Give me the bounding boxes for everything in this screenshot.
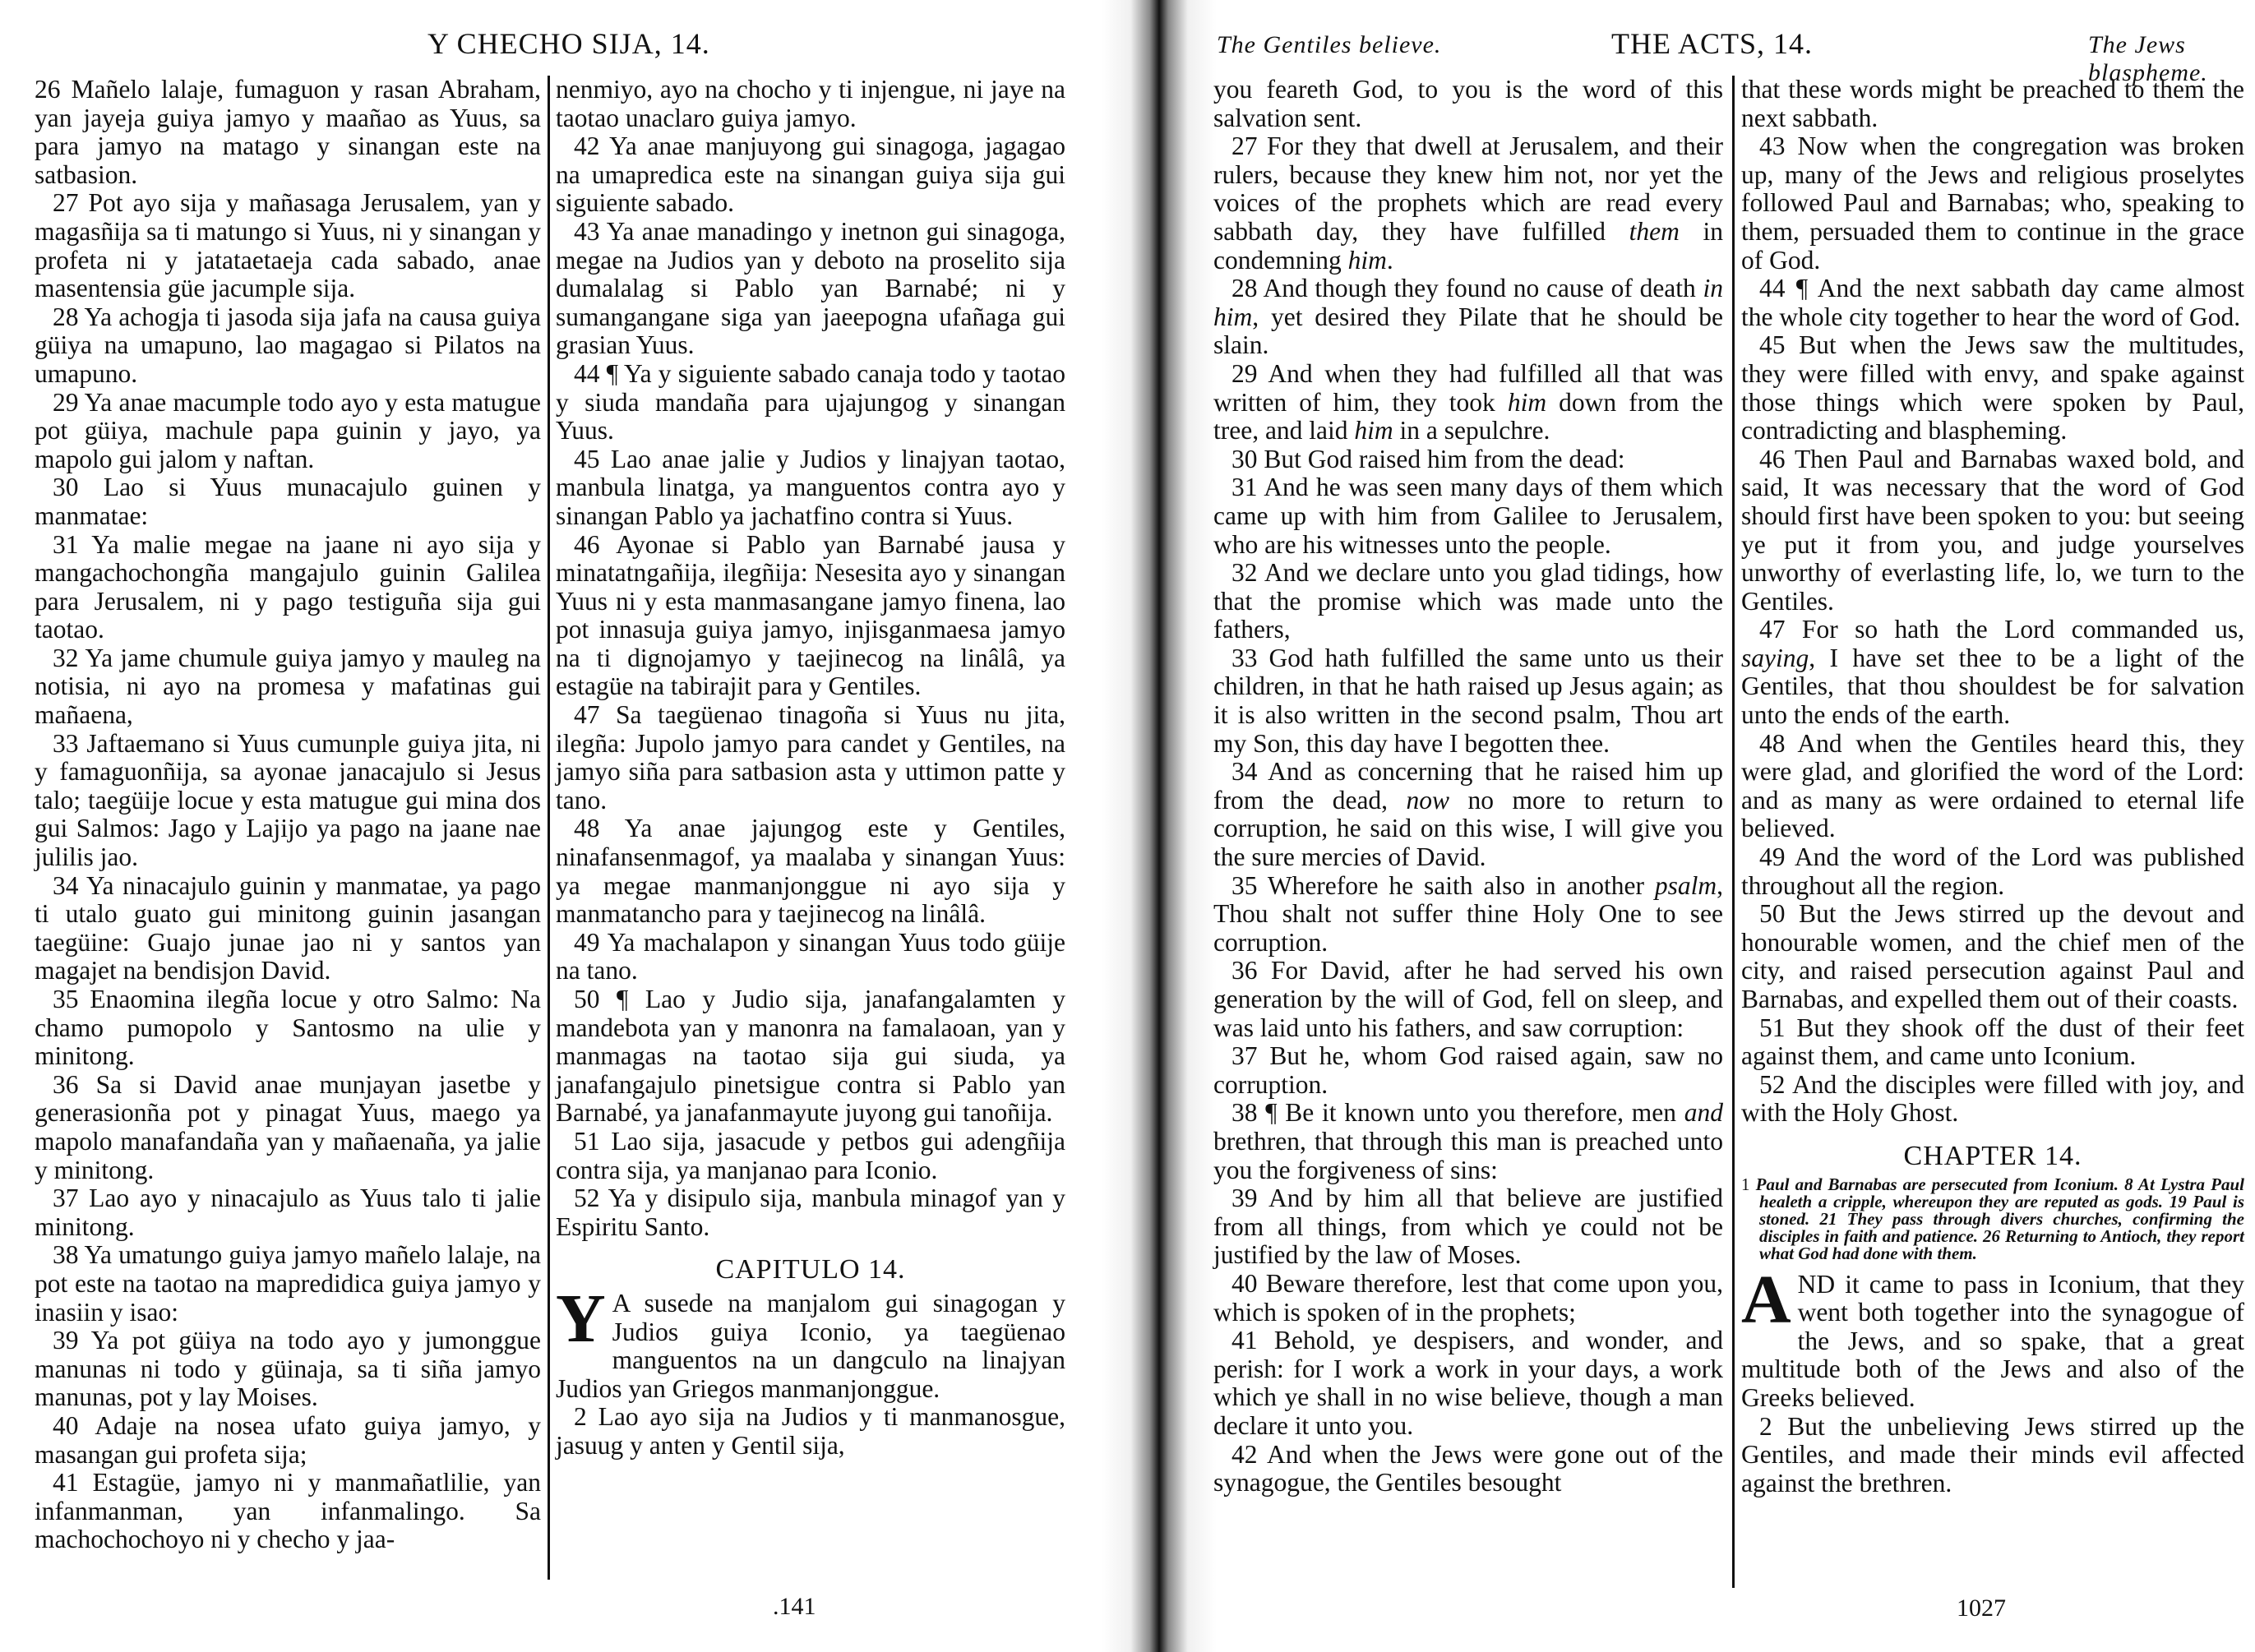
verse: 32 And we declare unto you glad tidings,… [1213,559,1723,644]
verse: 31 Ya malie megae na jaane ni ayo sija y… [35,531,541,644]
verse: 44 ¶ And the next sabbath day came almos… [1741,275,2244,331]
verse: 48 Ya anae jajungog este y Gentiles, nin… [556,814,1065,928]
verse: 44 ¶ Ya y siguiente sabado canaja todo y… [556,360,1065,445]
verse: 49 And the word of the Lord was publishe… [1741,843,2244,900]
verse: 33 God hath fulfilled the same unto us t… [1213,644,1723,758]
verse: 52 Ya y disipulo sija, manbula minagof y… [556,1184,1065,1241]
verse: 37 Lao ayo y ninacajulo as Yuus talo ti … [35,1184,541,1241]
column-rule [548,76,550,1580]
chapter-title: CHAPTER 14. [1741,1142,2244,1171]
verse: 47 For so hath the Lord commanded us, sa… [1741,616,2244,729]
verse: 43 Ya anae manadingo y inetnon gui sinag… [556,218,1065,360]
verse: 2 Lao ayo sija na Judios y ti manmanosgu… [556,1403,1065,1460]
running-head: Y CHECHO SIJA, 14. [427,26,710,61]
text-column-1: 26 Mañelo lalaje, fumaguon y rasan Abrah… [35,76,541,1554]
chapter-opening: YA susede na manjalom gui sinagogan y Ju… [556,1290,1065,1403]
verse: that these words might be preached to th… [1741,76,2244,132]
verse: 30 But God raised him from the dead: [1213,445,1723,474]
verse: 39 Ya pot güiya na todo ayo y jumonggue … [35,1327,541,1412]
verse: nenmiyo, ayo na chocho y ti injengue, ni… [556,76,1065,132]
verse: 36 Sa si David anae munjayan jasetbe y g… [35,1071,541,1184]
verse: 34 And as concerning that he raised him … [1213,758,1723,871]
verse: 52 And the disciples were filled with jo… [1741,1071,2244,1128]
verse: 49 Ya machalapon y sinangan Yuus todo gü… [556,929,1065,985]
verse: 51 But they shook off the dust of their … [1741,1014,2244,1071]
verse: 30 Lao si Yuus munacajulo guinen y manma… [35,473,541,530]
verse: 35 Wherefore he saith also in another ps… [1213,872,1723,958]
verse: 2 But the unbelieving Jews stirred up th… [1741,1413,2244,1498]
verse: 51 Lao sija, jasacude y petbos gui adeng… [556,1128,1065,1184]
verse: 47 Sa taegüenao tinagoña si Yuus nu jita… [556,701,1065,814]
verse: 33 Jaftaemano si Yuus cumunple guiya jit… [35,730,541,872]
verse: 43 Now when the congregation was broken … [1741,132,2244,275]
verse: 45 Lao anae jalie y Judios y linajyan ta… [556,445,1065,531]
verse: 46 Then Paul and Barnabas waxed bold, an… [1741,445,2244,616]
verse: 27 For they that dwell at Jerusalem, and… [1213,132,1723,275]
verse: 41 Behold, ye despisers, and wonder, and… [1213,1327,1723,1440]
verse-list: that these words might be preached to th… [1741,76,2244,1128]
verse: 42 Ya anae manjuyong gui sinagoga, jagag… [556,132,1065,218]
verse: 42 And when the Jews were gone out of th… [1213,1441,1723,1497]
verse: 28 And though they found no cause of dea… [1213,275,1723,360]
drop-cap: A [1741,1272,1791,1328]
verse-list: 2 Lao ayo sija na Judios y ti manmanosgu… [556,1403,1065,1460]
chapter-summary: 1 Paul and Barnabas are persecuted from … [1741,1176,2244,1262]
text-column-2: that these words might be preached to th… [1741,76,2244,1497]
verse: 41 Estagüe, jamyo ni y manmañatlilie, ya… [35,1469,541,1554]
right-page: The Gentiles believe. THE ACTS, 14. The … [1200,0,2255,1652]
chapter-opening: AND it came to pass in Iconium, that the… [1741,1271,2244,1413]
drop-cap: Y [556,1291,606,1347]
page-number: 1027 [1957,1594,2006,1622]
verse: 39 And by him all that believe are justi… [1213,1184,1723,1270]
verse-list: 2 But the unbelieving Jews stirred up th… [1741,1413,2244,1498]
verse: 31 And he was seen many days of them whi… [1213,473,1723,559]
verse: 50 ¶ Lao y Judio sija, janafangalamten y… [556,985,1065,1128]
verse: 38 Ya umatungo guiya jamyo mañelo lalaje… [35,1241,541,1327]
verse: 36 For David, after he had served his ow… [1213,957,1723,1042]
verse: 26 Mañelo lalaje, fumaguon y rasan Abrah… [35,76,541,189]
text-column-2: nenmiyo, ayo na chocho y ti injengue, ni… [556,76,1065,1460]
verse-list: nenmiyo, ayo na chocho y ti injengue, ni… [556,76,1065,1241]
verse: 40 Beware therefore, lest that come upon… [1213,1270,1723,1327]
page-number: .141 [773,1593,816,1621]
running-head-center: THE ACTS, 14. [1611,26,1813,61]
verse: 37 But he, whom God raised again, saw no… [1213,1042,1723,1099]
verse: 40 Adaje na nosea ufato guiya jamyo, y m… [35,1412,541,1469]
book-gutter [1102,0,1217,1652]
verse: 48 And when the Gentiles heard this, the… [1741,730,2244,843]
verse: 28 Ya achogja ti jasoda sija jafa na cau… [35,303,541,389]
verse: 34 Ya ninacajulo guinin y manmatae, ya p… [35,872,541,985]
verse: you feareth God, to you is the word of t… [1213,76,1723,132]
chapter-title: CAPITULO 14. [556,1256,1065,1285]
verse: 38 ¶ Be it known unto you therefore, men… [1213,1099,1723,1184]
verse: 46 Ayonae si Pablo yan Barnabé jausa y m… [556,531,1065,702]
verse: 50 But the Jews stirred up the devout an… [1741,900,2244,1013]
verse: 45 But when the Jews saw the multitudes,… [1741,331,2244,445]
verse: 29 Ya anae macumple todo ayo y esta matu… [35,389,541,474]
text-column-1: you feareth God, to you is the word of t… [1213,76,1723,1497]
verse: 29 And when they had fulfilled all that … [1213,360,1723,445]
verse: 27 Pot ayo sija y mañasaga Jerusalem, ya… [35,189,541,302]
column-rule [1732,76,1735,1588]
running-head-left: The Gentiles believe. [1217,31,1441,59]
verse: 35 Enaomina ilegña locue y otro Salmo: N… [35,985,541,1071]
left-page: Y CHECHO SIJA, 14. 26 Mañelo lalaje, fum… [0,0,1118,1652]
verse: 32 Ya jame chumule guiya jamyo y mauleg … [35,644,541,730]
